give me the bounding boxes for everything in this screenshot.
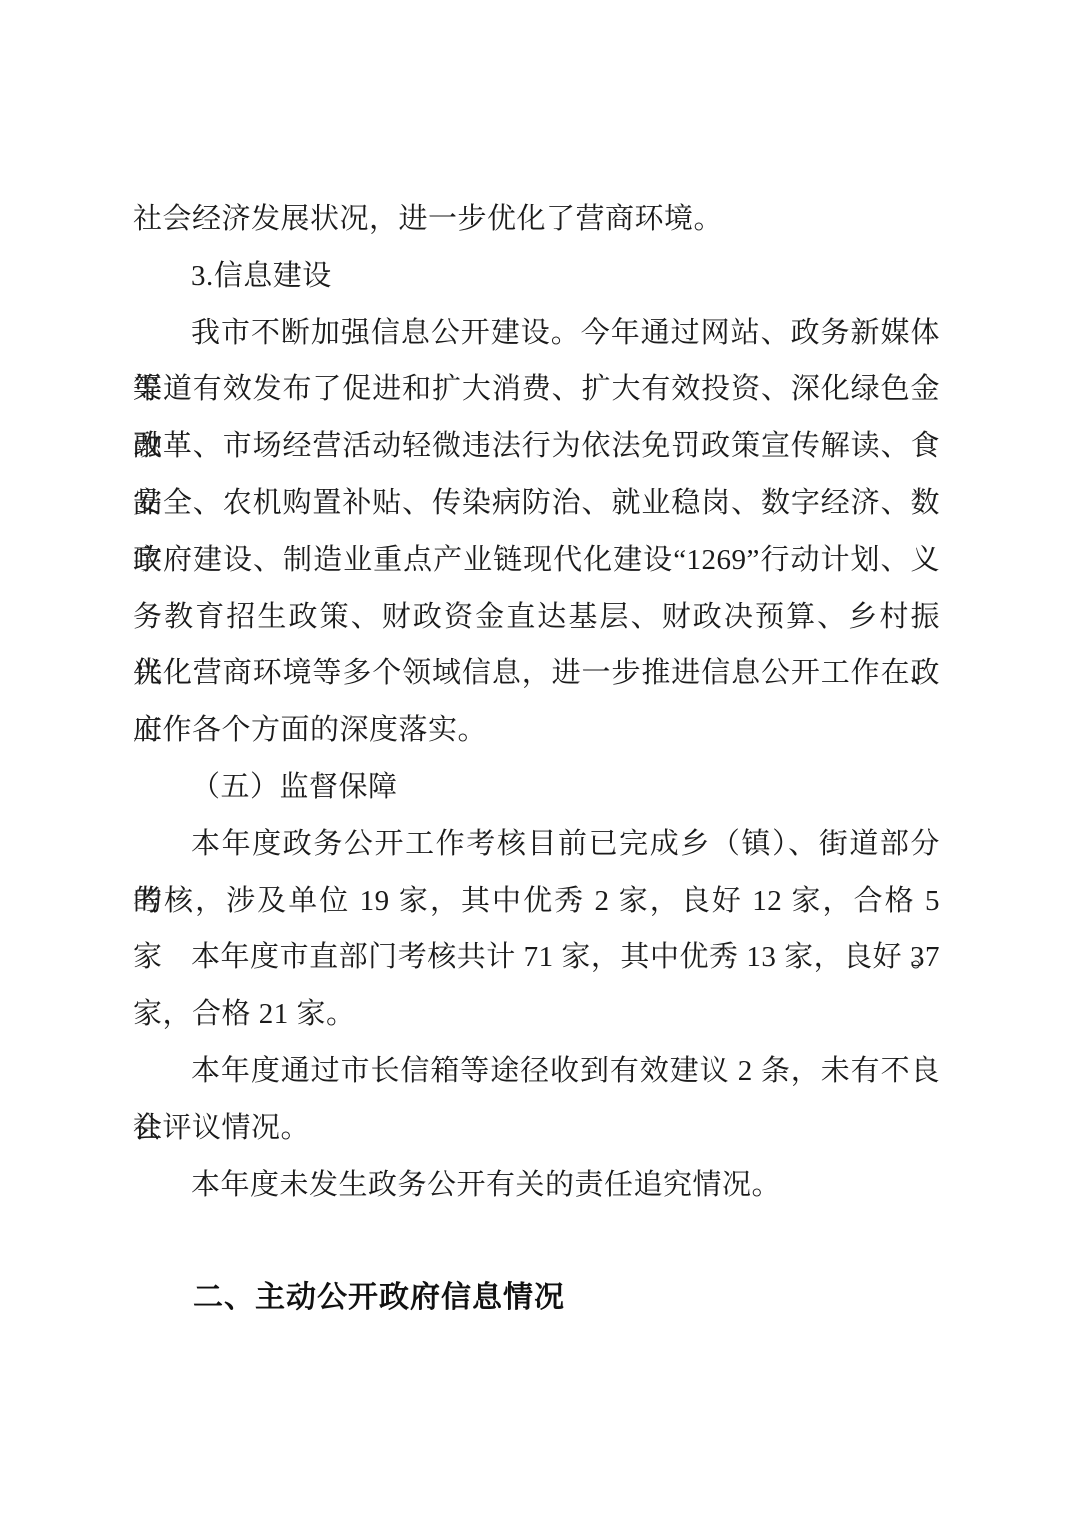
body-line-15: 家，合格 21 家。 — [133, 986, 940, 1043]
body-line-05: 改革、市场经营活动轻微违法行为依法免罚政策宣传解读、食品 — [133, 418, 940, 475]
body-line-13: 考核，涉及单位 19 家，其中优秀 2 家，良好 12 家，合格 5 家。 — [133, 873, 940, 930]
body-line-06: 安全、农机购置补贴、传染病防治、就业稳岗、数字经济、数字 — [133, 475, 940, 532]
body-line-18: 本年度未发生政务公开有关的责任追究情况。 — [133, 1157, 940, 1214]
section-heading: 二、主动公开政府信息情况 — [133, 1270, 940, 1327]
body-line-01: 社会经济发展状况，进一步优化了营商环境。 — [133, 191, 940, 248]
body-line-07: 政府建设、制造业重点产业链现代化建设“1269”行动计划、义 — [133, 532, 940, 589]
text-block: 社会经济发展状况，进一步优化了营商环境。 3.信息建设 我市不断加强信息公开建设… — [133, 191, 940, 1327]
body-line-09: 优化营商环境等多个领域信息，进一步推进信息公开工作在政府 — [133, 645, 940, 702]
body-line-03: 我市不断加强信息公开建设。今年通过网站、政务新媒体等 — [133, 305, 940, 362]
body-line-16: 本年度通过市长信箱等途径收到有效建议 2 条，未有不良社 — [133, 1043, 940, 1100]
body-line-17: 会评议情况。 — [133, 1100, 940, 1157]
body-line-11: （五）监督保障 — [133, 759, 940, 816]
body-line-02: 3.信息建设 — [133, 248, 940, 305]
blank-line — [133, 1213, 940, 1270]
body-line-08: 务教育招生政策、财政资金直达基层、财政决预算、乡村振兴、 — [133, 589, 940, 646]
body-line-04: 渠道有效发布了促进和扩大消费、扩大有效投资、深化绿色金融 — [133, 361, 940, 418]
body-line-12: 本年度政务公开工作考核目前已完成乡（镇）、街道部分的 — [133, 816, 940, 873]
document-page: 社会经济发展状况，进一步优化了营商环境。 3.信息建设 我市不断加强信息公开建设… — [0, 0, 1074, 1520]
body-line-14: 本年度市直部门考核共计 71 家，其中优秀 13 家，良好 37 — [133, 929, 940, 986]
body-line-10: 工作各个方面的深度落实。 — [133, 702, 940, 759]
